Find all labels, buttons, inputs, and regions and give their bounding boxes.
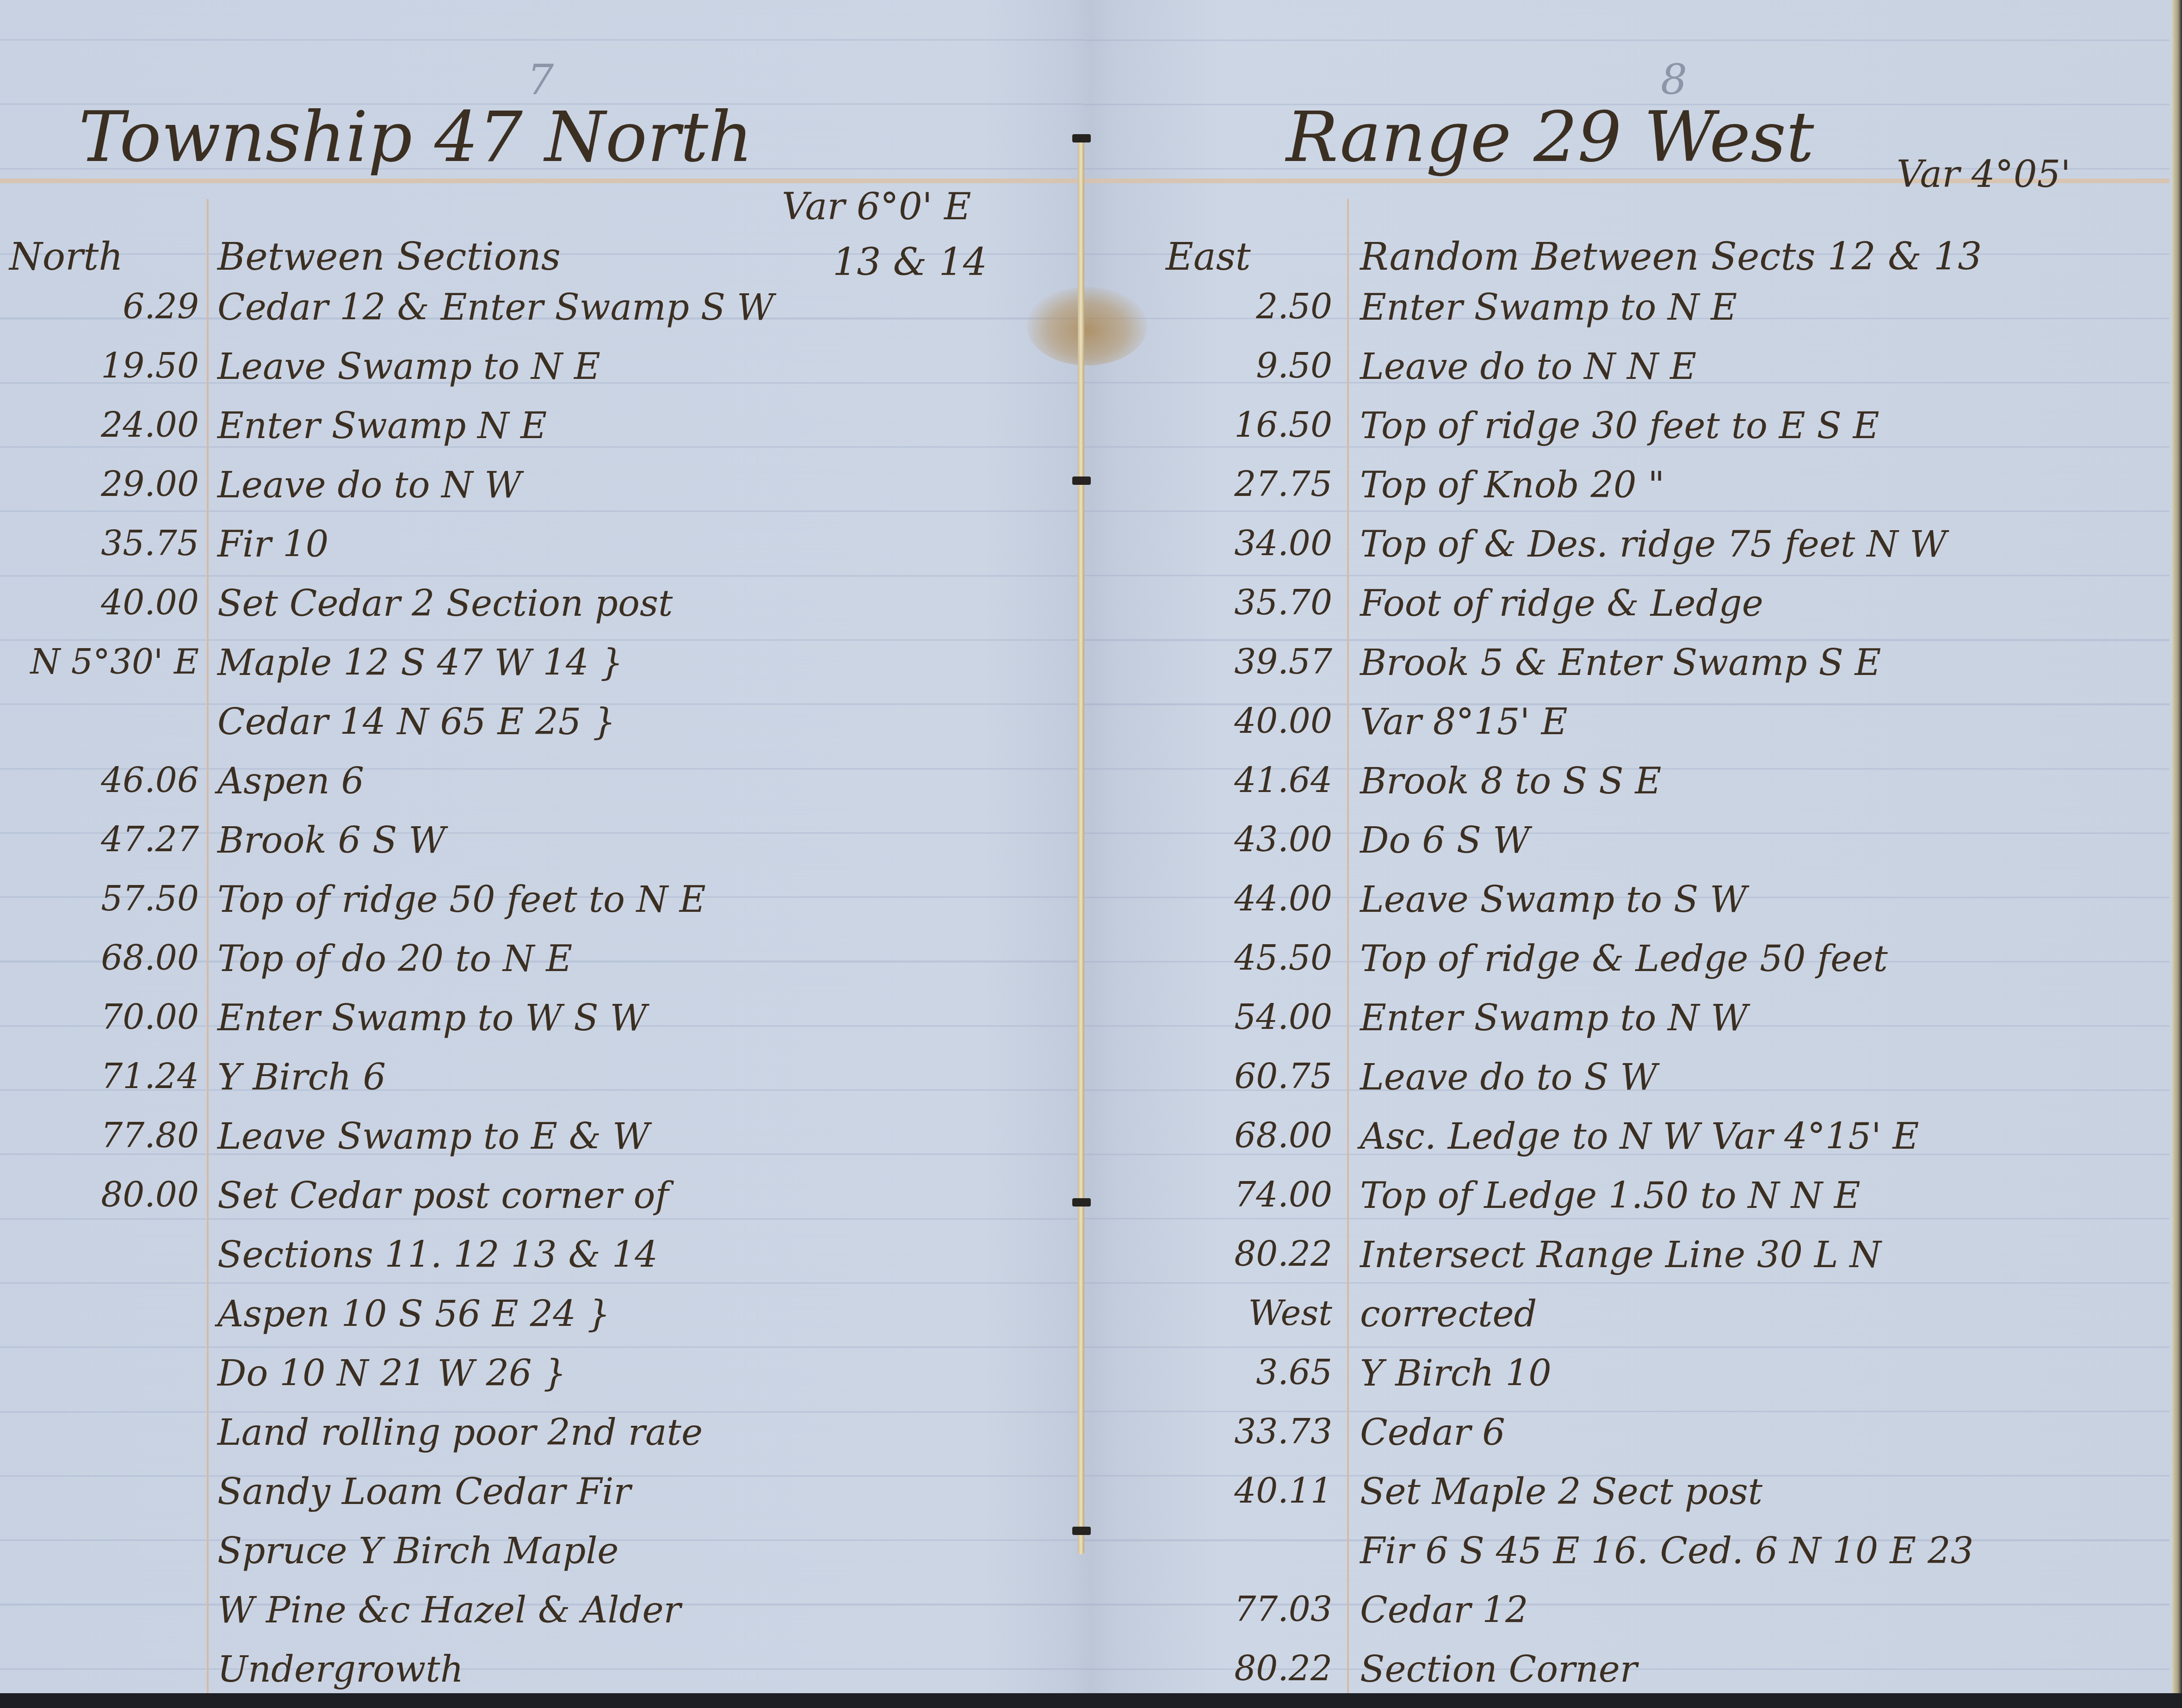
field-note: Y Birch 6 xyxy=(217,1057,386,1098)
distance-value: 77.80 xyxy=(19,1116,199,1156)
ledger-row: 41.64Brook 8 to S S E xyxy=(1082,761,2170,823)
distance-value: 68.00 xyxy=(1138,1116,1332,1156)
field-note: Brook 5 & Enter Swamp S E xyxy=(1360,642,1881,684)
ledger-row: 46.06Aspen 6 xyxy=(0,761,1082,823)
page-title: Range 29 West xyxy=(1286,97,1814,178)
distance-value: 9.50 xyxy=(1138,346,1332,386)
distance-value: 43.00 xyxy=(1138,820,1332,860)
field-note: Top of ridge 50 feet to N E xyxy=(217,879,706,921)
field-note: Fir 10 xyxy=(217,524,328,565)
ledger-row: 40.00Var 8°15' E xyxy=(1082,701,2170,764)
field-note: Fir 6 S 45 E 16. Ced. 6 N 10 E 23 xyxy=(1360,1530,1973,1572)
field-note: Leave Swamp to S W xyxy=(1360,879,1747,921)
ledger-row: W Pine &c Hazel & Alder xyxy=(0,1590,1082,1652)
field-note: Cedar 12 xyxy=(1360,1590,1528,1631)
ledger-row: 54.00Enter Swamp to N W xyxy=(1082,997,2170,1060)
ledger-row: Spruce Y Birch Maple xyxy=(0,1530,1082,1593)
field-note: Asc. Ledge to N W Var 4°15' E xyxy=(1360,1116,1919,1157)
distance-value: 45.50 xyxy=(1138,938,1332,978)
field-note: Land rolling poor 2nd rate xyxy=(217,1412,703,1454)
distance-value: 35.75 xyxy=(19,524,199,563)
ledger-row: Sandy Loam Cedar Fir xyxy=(0,1471,1082,1534)
ledger-row: 71.24Y Birch 6 xyxy=(0,1057,1082,1119)
ledger-row: 3.65Y Birch 10 xyxy=(1082,1353,2170,1415)
ledger-row: 68.00Top of do 20 to N E xyxy=(0,938,1082,1001)
field-note: Leave do to S W xyxy=(1360,1057,1657,1098)
ledger-row: Fir 6 S 45 E 16. Ced. 6 N 10 E 23 xyxy=(1082,1530,2170,1593)
ledger-row: 68.00Asc. Ledge to N W Var 4°15' E xyxy=(1082,1116,2170,1178)
ledger-row: Do 10 N 21 W 26 } xyxy=(0,1353,1082,1415)
ledger-row: 35.75Fir 10 xyxy=(0,524,1082,586)
distance-value: 40.11 xyxy=(1138,1471,1332,1511)
ledger-row: 16.50Top of ridge 30 feet to E S E xyxy=(1082,405,2170,468)
field-note: Do 10 N 21 W 26 } xyxy=(217,1353,566,1394)
field-note: Set Maple 2 Sect post xyxy=(1360,1471,1762,1513)
field-note: W Pine &c Hazel & Alder xyxy=(217,1590,681,1631)
field-note: Top of Ledge 1.50 to N N E xyxy=(1360,1175,1861,1217)
distance-value: 80.22 xyxy=(1138,1649,1332,1689)
ledger-row: 77.03Cedar 12 xyxy=(1082,1590,2170,1652)
water-stain xyxy=(1027,287,1147,365)
variation-note: Var 4°05' xyxy=(1897,153,2071,196)
ledger-row: 6.29Cedar 12 & Enter Swamp S W xyxy=(0,287,1082,349)
field-note: Enter Swamp N E xyxy=(217,405,547,447)
distance-value: 29.00 xyxy=(19,464,199,504)
distance-value: 80.22 xyxy=(1138,1234,1332,1274)
stitch-hole xyxy=(1072,477,1091,485)
ledger-row: 33.73Cedar 6 xyxy=(1082,1412,2170,1474)
distance-value: 35.70 xyxy=(1138,583,1332,623)
ledger-row: 40.11Set Maple 2 Sect post xyxy=(1082,1471,2170,1534)
field-note: Leave Swamp to E & W xyxy=(217,1116,649,1157)
book-edge xyxy=(2172,0,2182,1708)
stitch-hole xyxy=(1072,134,1091,142)
ledger-row: Aspen 10 S 56 E 24 } xyxy=(0,1293,1082,1356)
distance-value: 40.00 xyxy=(1138,701,1332,741)
field-note: Do 6 S W xyxy=(1360,820,1530,861)
ledger-row: 19.50Leave Swamp to N E xyxy=(0,346,1082,408)
field-note: Var 8°15' E xyxy=(1360,701,1568,743)
right-page: 8 Range 29 West Var 4°05' East Random Be… xyxy=(1082,0,2170,1693)
field-note: Leave do to N W xyxy=(217,464,521,506)
field-note: Top of & Des. ridge 75 feet N W xyxy=(1360,524,1947,565)
distance-value: 57.50 xyxy=(19,879,199,919)
ledger-row: Land rolling poor 2nd rate xyxy=(0,1412,1082,1474)
distance-value: 68.00 xyxy=(19,938,199,978)
ledger-row: 77.80Leave Swamp to E & W xyxy=(0,1116,1082,1178)
header-rule xyxy=(0,179,1082,183)
ledger-row: 60.75Leave do to S W xyxy=(1082,1057,2170,1119)
field-note: Top of do 20 to N E xyxy=(217,938,572,980)
ledger-row: 70.00Enter Swamp to W S W xyxy=(0,997,1082,1060)
ledger-spread: 7 Township 47 North Var 6°0' E North Bet… xyxy=(0,0,2182,1708)
field-note: Cedar 14 N 65 E 25 } xyxy=(217,701,616,743)
field-note: Top of Knob 20 " xyxy=(1360,464,1664,506)
ledger-row: 9.50Leave do to N N E xyxy=(1082,346,2170,408)
variation-note: Var 6°0' E xyxy=(782,185,971,228)
distance-value: 60.75 xyxy=(1138,1057,1332,1096)
field-note: Aspen 6 xyxy=(217,761,364,802)
distance-value: 33.73 xyxy=(1138,1412,1332,1452)
field-note: Enter Swamp to W S W xyxy=(217,997,647,1039)
field-note: corrected xyxy=(1360,1293,1537,1335)
ledger-row: 45.50Top of ridge & Ledge 50 feet xyxy=(1082,938,2170,1001)
ledger-row: 39.57Brook 5 & Enter Swamp S E xyxy=(1082,642,2170,705)
left-page: 7 Township 47 North Var 6°0' E North Bet… xyxy=(0,0,1082,1693)
ledger-row: 47.27Brook 6 S W xyxy=(0,820,1082,882)
field-note: Leave do to N N E xyxy=(1360,346,1696,388)
ledger-row: 29.00Leave do to N W xyxy=(0,464,1082,527)
ledger-row: 57.50Top of ridge 50 feet to N E xyxy=(0,879,1082,941)
field-note: Brook 8 to S S E xyxy=(1360,761,1662,802)
field-note: Brook 6 S W xyxy=(217,820,445,861)
distance-value: N 5°30' E xyxy=(19,642,199,682)
distance-value: 46.06 xyxy=(19,761,199,800)
distance-value: 16.50 xyxy=(1138,405,1332,445)
field-note: Undergrowth xyxy=(217,1649,464,1690)
distance-value: 41.64 xyxy=(1138,761,1332,800)
field-note: Cedar 6 xyxy=(1360,1412,1505,1454)
page-title: Township 47 North xyxy=(79,97,753,178)
field-note: Y Birch 10 xyxy=(1360,1353,1552,1394)
ledger-row: 80.22Intersect Range Line 30 L N xyxy=(1082,1234,2170,1297)
column-header-sections: 13 & 14 xyxy=(833,241,987,285)
field-note: Foot of ridge & Ledge xyxy=(1360,583,1763,625)
field-note: Enter Swamp to N W xyxy=(1360,997,1748,1039)
distance-value: 19.50 xyxy=(19,346,199,386)
distance-value: 54.00 xyxy=(1138,997,1332,1037)
stitch-hole xyxy=(1072,1527,1091,1535)
field-note: Maple 12 S 47 W 14 } xyxy=(217,642,623,684)
ledger-row: 27.75Top of Knob 20 " xyxy=(1082,464,2170,527)
stitch-hole xyxy=(1072,1198,1091,1207)
ledger-row: 40.00Set Cedar 2 Section post xyxy=(0,583,1082,645)
field-note: Set Cedar post corner of xyxy=(217,1175,668,1217)
ledger-row: 74.00Top of Ledge 1.50 to N N E xyxy=(1082,1175,2170,1238)
ledger-row: Sections 11. 12 13 & 14 xyxy=(0,1234,1082,1297)
ledger-row: 44.00Leave Swamp to S W xyxy=(1082,879,2170,941)
distance-value: 24.00 xyxy=(19,405,199,445)
distance-value: 44.00 xyxy=(1138,879,1332,919)
distance-value: West xyxy=(1138,1293,1332,1333)
distance-value: 3.65 xyxy=(1138,1353,1332,1392)
distance-value: 40.00 xyxy=(19,583,199,623)
field-note: Aspen 10 S 56 E 24 } xyxy=(217,1293,610,1335)
column-header-direction: North xyxy=(9,235,123,279)
field-note: Top of ridge 30 feet to E S E xyxy=(1360,405,1879,447)
field-note: Top of ridge & Ledge 50 feet xyxy=(1360,938,1888,980)
distance-value: 39.57 xyxy=(1138,642,1332,682)
distance-value: 6.29 xyxy=(19,287,199,327)
book-bottom-edge xyxy=(0,1693,2182,1708)
distance-value: 47.27 xyxy=(19,820,199,860)
field-note: Intersect Range Line 30 L N xyxy=(1360,1234,1881,1276)
distance-value: 80.00 xyxy=(19,1175,199,1215)
ledger-row: 43.00Do 6 S W xyxy=(1082,820,2170,882)
ledger-row: N 5°30' EMaple 12 S 47 W 14 } xyxy=(0,642,1082,705)
distance-value: 2.50 xyxy=(1138,287,1332,327)
field-note: Cedar 12 & Enter Swamp S W xyxy=(217,287,774,328)
ledger-row: 34.00Top of & Des. ridge 75 feet N W xyxy=(1082,524,2170,586)
field-note: Sections 11. 12 13 & 14 xyxy=(217,1234,658,1276)
column-header-notes: Random Between Sects 12 & 13 xyxy=(1360,235,1982,279)
column-header-notes: Between Sections xyxy=(217,235,561,279)
distance-value: 27.75 xyxy=(1138,464,1332,504)
field-note: Spruce Y Birch Maple xyxy=(217,1530,618,1572)
distance-value: 70.00 xyxy=(19,997,199,1037)
ledger-row: 24.00Enter Swamp N E xyxy=(0,405,1082,468)
ledger-row: 2.50Enter Swamp to N E xyxy=(1082,287,2170,349)
ledger-row: 80.00Set Cedar post corner of xyxy=(0,1175,1082,1238)
column-header-direction: East xyxy=(1166,235,1251,279)
distance-value: 71.24 xyxy=(19,1057,199,1096)
binding-thread xyxy=(1078,139,1084,1554)
field-note: Set Cedar 2 Section post xyxy=(217,583,673,625)
field-note: Section Corner xyxy=(1360,1649,1637,1690)
distance-value: 77.03 xyxy=(1138,1590,1332,1629)
ledger-row: 35.70Foot of ridge & Ledge xyxy=(1082,583,2170,645)
field-note: Leave Swamp to N E xyxy=(217,346,600,388)
distance-value: 34.00 xyxy=(1138,524,1332,563)
field-note: Sandy Loam Cedar Fir xyxy=(217,1471,631,1513)
ledger-row: Cedar 14 N 65 E 25 } xyxy=(0,701,1082,764)
field-note: Enter Swamp to N E xyxy=(1360,287,1737,328)
distance-value: 74.00 xyxy=(1138,1175,1332,1215)
ledger-row: Westcorrected xyxy=(1082,1293,2170,1356)
